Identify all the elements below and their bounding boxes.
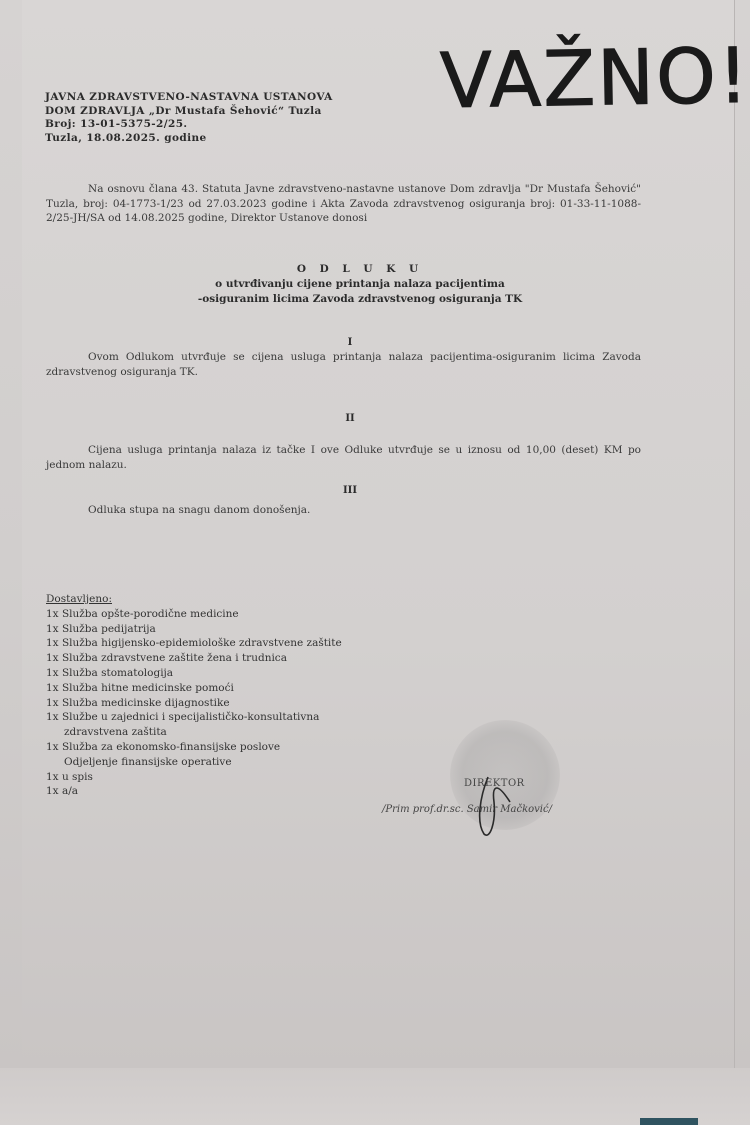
decision-subtitle-line1: o utvrđivanju cijene printanja nalaza pa… — [150, 277, 570, 292]
distribution-item: 1x Služba za ekonomsko-finansijske poslo… — [46, 740, 342, 755]
section-number-1: I — [0, 337, 700, 348]
distribution-list: Dostavljeno: 1x Služba opšte-porodične m… — [46, 592, 342, 799]
reference-number: Broj: 13-01-5375-2/25. — [45, 118, 333, 132]
preamble-paragraph: Na osnovu člana 43. Statuta Javne zdravs… — [46, 182, 641, 226]
distribution-item: 1x Služba opšte-porodične medicine — [46, 607, 342, 622]
document-page — [22, 0, 735, 1069]
section-number-2: II — [0, 413, 700, 424]
section-number-3: III — [0, 485, 700, 496]
institution-name-line1: JAVNA ZDRAVSTVENO-NASTAVNA USTANOVA — [45, 91, 333, 105]
decision-subtitle-line2: -osiguranim licima Zavoda zdravstvenog o… — [150, 292, 570, 307]
handwritten-signature-icon — [470, 772, 530, 842]
distribution-item: 1x Služba zdravstvene zaštite žena i tru… — [46, 651, 342, 666]
section-text-3: Odluka stupa na snagu danom donošenja. — [46, 503, 641, 518]
bottom-object-edge — [640, 1118, 698, 1125]
section-text-2: Cijena usluga printanja nalaza iz tačke … — [46, 443, 641, 472]
distribution-title: Dostavljeno: — [46, 592, 342, 607]
distribution-item: 1x Služba higijensko-epidemiološke zdrav… — [46, 636, 342, 651]
distribution-item: 1x u spis — [46, 770, 342, 785]
signature-block: DIREKTOR /Prim prof.dr.sc. Samir Mačkovi… — [380, 772, 610, 852]
distribution-item: 1x Služba pedijatrija — [46, 622, 342, 637]
document-header: JAVNA ZDRAVSTVENO-NASTAVNA USTANOVA DOM … — [45, 91, 333, 145]
desk-surface — [0, 1068, 750, 1125]
decision-title-block: O D L U K U o utvrđivanju cijene printan… — [150, 262, 570, 307]
distribution-item: 1x Služba hitne medicinske pomoći — [46, 681, 342, 696]
decision-title: O D L U K U — [150, 262, 570, 277]
distribution-item: 1x Službe u zajednici i specijalističko-… — [46, 710, 342, 725]
distribution-item: 1x a/a — [46, 784, 342, 799]
section-text-1: Ovom Odlukom utvrđuje se cijena usluga p… — [46, 350, 641, 379]
distribution-item-continuation: Odjeljenje finansijske operative — [46, 755, 342, 770]
place-and-date: Tuzla, 18.08.2025. godine — [45, 132, 333, 146]
handwritten-important-note: VAŽNO!!! — [439, 35, 750, 122]
institution-name-line2: DOM ZDRAVLJA „Dr Mustafa Šehović“ Tuzla — [45, 105, 333, 119]
distribution-item-continuation: zdravstvena zaštita — [46, 725, 342, 740]
distribution-item: 1x Služba medicinske dijagnostike — [46, 696, 342, 711]
distribution-item: 1x Služba stomatologija — [46, 666, 342, 681]
